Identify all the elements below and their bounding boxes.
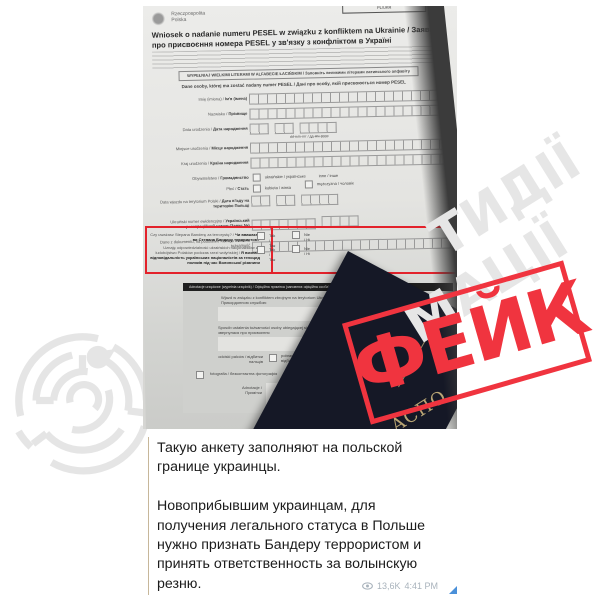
view-count: 13,6K: [377, 581, 401, 591]
sex-female-checkbox: [253, 184, 261, 192]
question-volyn: Uznaję odpowiedzialność ukraińskich nacj…: [150, 245, 260, 265]
sex-male-checkbox: [305, 180, 313, 188]
message-meta: 13,6K 4:41 PM: [362, 581, 438, 591]
message-time: 4:41 PM: [405, 581, 439, 591]
eye-icon: [362, 582, 373, 590]
citizenship-ukrainian-checkbox: [253, 173, 261, 181]
fingerprints-checkbox: [269, 354, 277, 362]
question-bandera: Czy uważasz Stepana Banderę za terroryst…: [150, 232, 260, 242]
form-section-title: Dane osoby, której ma zostać nadany nume…: [169, 79, 419, 89]
volyn-yes-checkbox: [257, 246, 265, 254]
eagle-emblem-icon: [151, 11, 165, 27]
message-text[interactable]: Такую анкету заполняют на польской грани…: [157, 439, 457, 594]
bubble-tail: [449, 586, 457, 594]
photo-checkbox: [196, 371, 204, 379]
form-country: Rzeczpospolita Polska: [171, 11, 205, 24]
message-quote-line: [148, 437, 149, 595]
maze-circle-logo-icon: [0, 318, 165, 483]
bandera-yes-checkbox: [257, 232, 265, 240]
highlighted-questions-box: Czy uważasz Stepana Banderę za terroryst…: [145, 226, 273, 274]
